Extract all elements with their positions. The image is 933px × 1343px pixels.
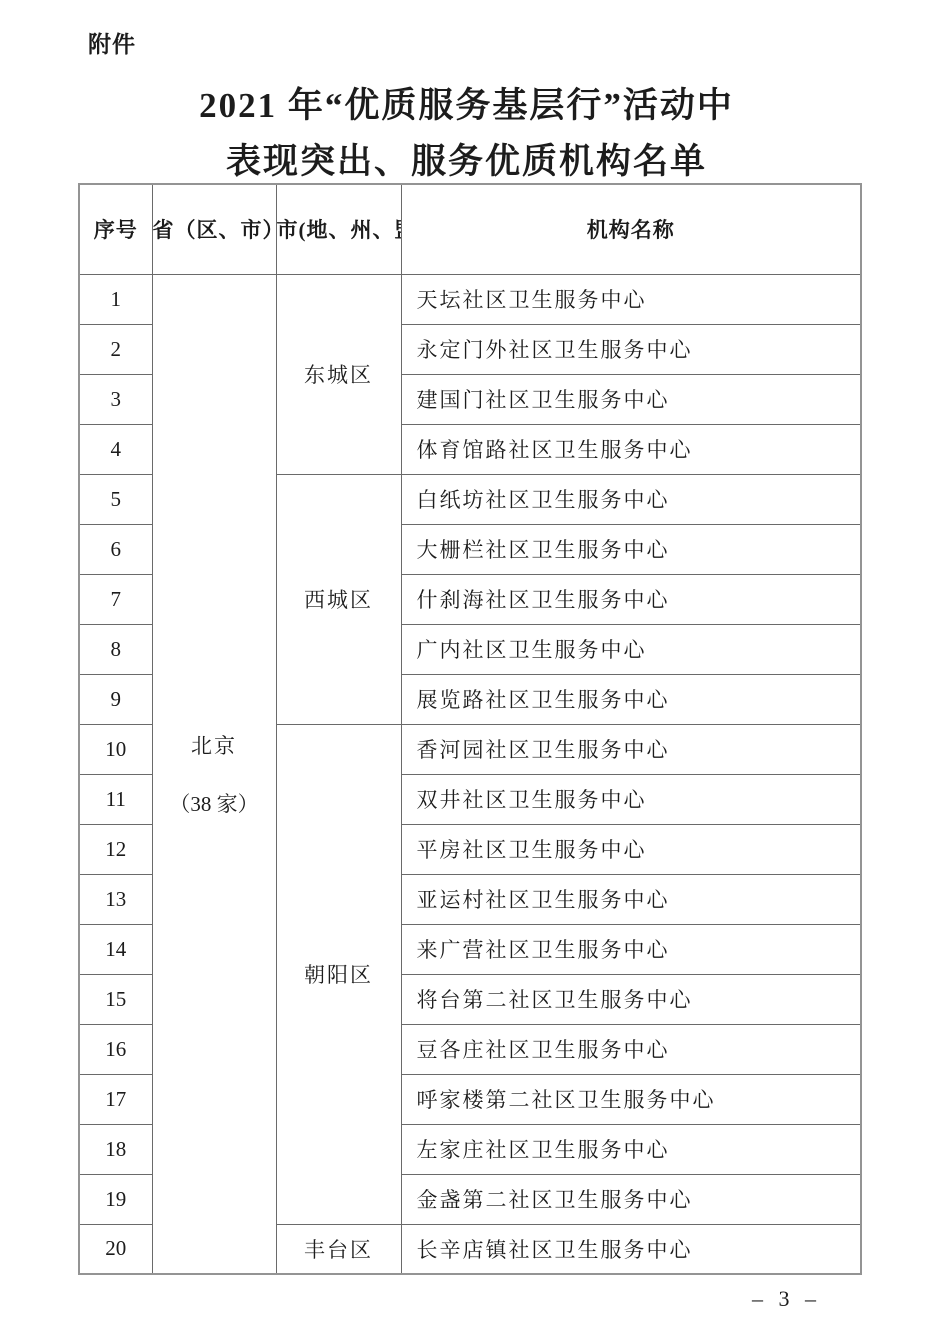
- org-name-cell: 来广营社区卫生服务中心: [401, 924, 861, 974]
- org-name-cell: 广内社区卫生服务中心: [401, 624, 861, 674]
- org-name-cell: 大栅栏社区卫生服务中心: [401, 524, 861, 574]
- table-row: 1北京（38 家）东城区天坛社区卫生服务中心: [79, 274, 861, 324]
- table-header-row: 序号 省（区、市） 市(地、州、盟) 机构名称: [79, 184, 861, 274]
- city-cell: 朝阳区: [276, 724, 401, 1224]
- org-name-cell: 将台第二社区卫生服务中心: [401, 974, 861, 1024]
- serial-number-cell: 14: [79, 924, 152, 974]
- org-name-cell: 体育馆路社区卫生服务中心: [401, 424, 861, 474]
- header-province: 省（区、市）: [152, 184, 276, 274]
- header-city: 市(地、州、盟): [276, 184, 401, 274]
- org-name-cell: 呼家楼第二社区卫生服务中心: [401, 1074, 861, 1124]
- city-cell: 丰台区: [276, 1224, 401, 1274]
- province-name: 北京: [153, 730, 276, 760]
- org-name-cell: 金盏第二社区卫生服务中心: [401, 1174, 861, 1224]
- serial-number-cell: 9: [79, 674, 152, 724]
- serial-number-cell: 6: [79, 524, 152, 574]
- org-name-cell: 永定门外社区卫生服务中心: [401, 324, 861, 374]
- org-name-cell: 双井社区卫生服务中心: [401, 774, 861, 824]
- org-name-cell: 豆各庄社区卫生服务中心: [401, 1024, 861, 1074]
- serial-number-cell: 8: [79, 624, 152, 674]
- org-name-cell: 白纸坊社区卫生服务中心: [401, 474, 861, 524]
- org-name-cell: 什刹海社区卫生服务中心: [401, 574, 861, 624]
- serial-number-cell: 20: [79, 1224, 152, 1274]
- serial-number-cell: 16: [79, 1024, 152, 1074]
- org-name-cell: 建国门社区卫生服务中心: [401, 374, 861, 424]
- header-serial-number: 序号: [79, 184, 152, 274]
- serial-number-cell: 7: [79, 574, 152, 624]
- serial-number-cell: 3: [79, 374, 152, 424]
- org-name-cell: 亚运村社区卫生服务中心: [401, 874, 861, 924]
- serial-number-cell: 10: [79, 724, 152, 774]
- header-org-name: 机构名称: [401, 184, 861, 274]
- org-name-cell: 长辛店镇社区卫生服务中心: [401, 1224, 861, 1274]
- table-body: 1北京（38 家）东城区天坛社区卫生服务中心2永定门外社区卫生服务中心3建国门社…: [79, 274, 861, 1274]
- serial-number-cell: 11: [79, 774, 152, 824]
- org-name-cell: 天坛社区卫生服务中心: [401, 274, 861, 324]
- org-name-cell: 香河园社区卫生服务中心: [401, 724, 861, 774]
- serial-number-cell: 12: [79, 824, 152, 874]
- document-title-line2: 表现突出、服务优质机构名单: [0, 134, 933, 184]
- document-title-line1: 2021 年“优质服务基层行”活动中: [0, 78, 933, 128]
- serial-number-cell: 1: [79, 274, 152, 324]
- org-name-cell: 平房社区卫生服务中心: [401, 824, 861, 874]
- org-name-cell: 左家庄社区卫生服务中心: [401, 1124, 861, 1174]
- city-cell: 西城区: [276, 474, 401, 724]
- org-name-cell: 展览路社区卫生服务中心: [401, 674, 861, 724]
- serial-number-cell: 5: [79, 474, 152, 524]
- institution-table: 序号 省（区、市） 市(地、州、盟) 机构名称 1北京（38 家）东城区天坛社区…: [78, 183, 862, 1275]
- page-number: – 3 –: [752, 1286, 821, 1312]
- serial-number-cell: 4: [79, 424, 152, 474]
- province-count: （38 家）: [153, 788, 276, 818]
- serial-number-cell: 15: [79, 974, 152, 1024]
- serial-number-cell: 19: [79, 1174, 152, 1224]
- city-cell: 东城区: [276, 274, 401, 474]
- attachment-label: 附件: [88, 26, 136, 59]
- serial-number-cell: 18: [79, 1124, 152, 1174]
- province-cell: 北京（38 家）: [152, 274, 276, 1274]
- serial-number-cell: 13: [79, 874, 152, 924]
- serial-number-cell: 2: [79, 324, 152, 374]
- serial-number-cell: 17: [79, 1074, 152, 1124]
